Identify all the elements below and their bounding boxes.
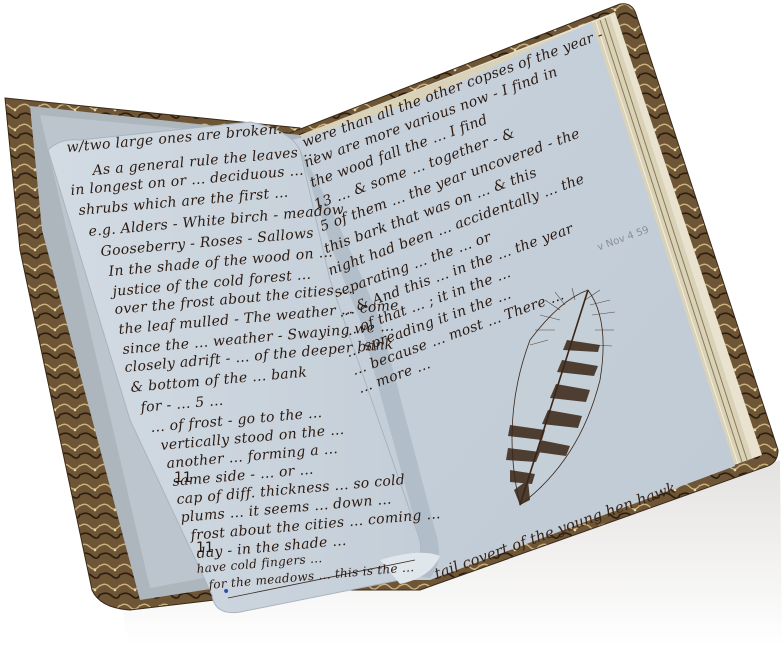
blue-ink-mark: • (222, 584, 230, 600)
margin-mark: 11 (196, 540, 214, 556)
journal-photo: w/two large ones are broken. As a genera… (0, 0, 782, 647)
margin-mark: 11 (174, 470, 192, 486)
